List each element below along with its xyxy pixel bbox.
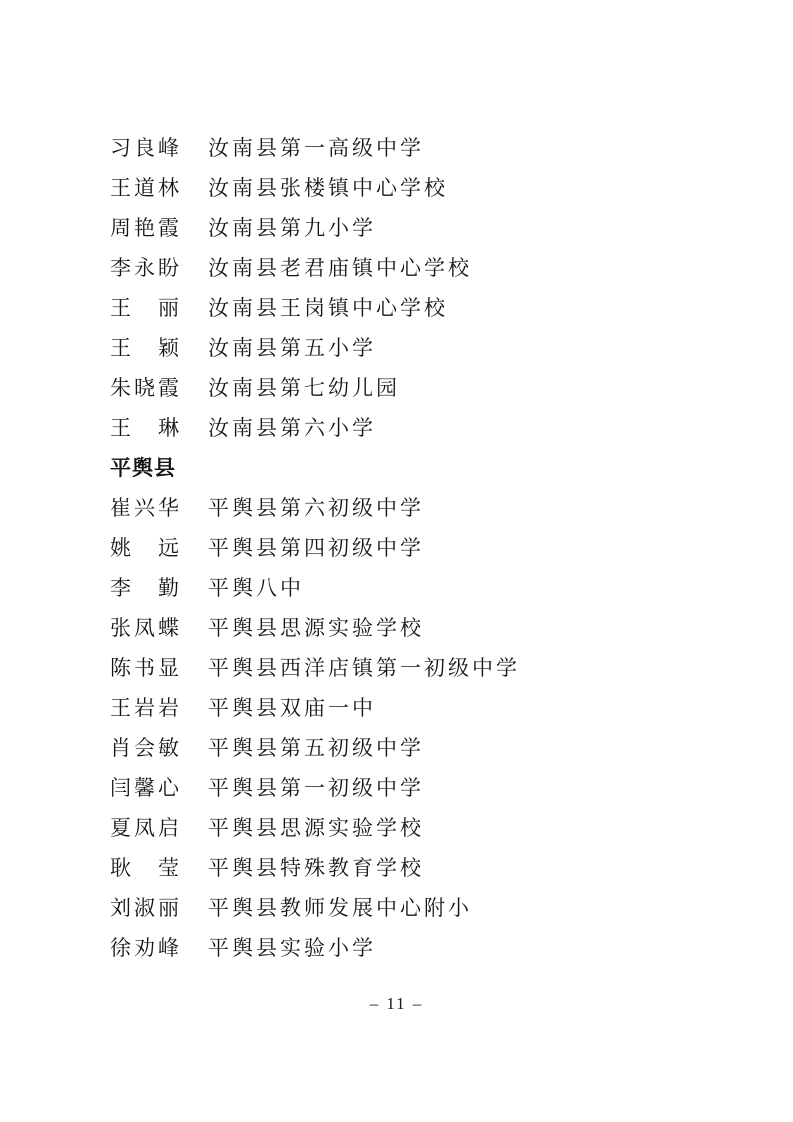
list-item: 王 琳汝南县第六小学 [110, 408, 753, 448]
list-item: 习良峰汝南县第一高级中学 [110, 128, 753, 168]
teacher-name: 刘淑丽 [110, 888, 208, 928]
list-item: 王岩岩平舆县双庙一中 [110, 688, 753, 728]
school-name: 平舆八中 [208, 568, 304, 608]
teacher-name: 王道林 [110, 168, 208, 208]
teacher-name: 陈书显 [110, 648, 208, 688]
school-name: 汝南县老君庙镇中心学校 [208, 248, 472, 288]
teacher-name: 徐劝峰 [110, 928, 208, 968]
list-item: 陈书显平舆县西洋店镇第一初级中学 [110, 648, 753, 688]
teacher-name: 夏凤启 [110, 808, 208, 848]
teacher-name: 朱晓霞 [110, 368, 208, 408]
teacher-name: 姚 远 [110, 528, 208, 568]
teacher-name: 周艳霞 [110, 208, 208, 248]
teacher-name: 李永盼 [110, 248, 208, 288]
teacher-name: 耿 莹 [110, 848, 208, 888]
teacher-name: 崔兴华 [110, 488, 208, 528]
list-item: 肖会敏平舆县第五初级中学 [110, 728, 753, 768]
list-item: 王道林汝南县张楼镇中心学校 [110, 168, 753, 208]
teacher-name: 闫馨心 [110, 768, 208, 808]
list-item: 刘淑丽平舆县教师发展中心附小 [110, 888, 753, 928]
list-item: 耿 莹平舆县特殊教育学校 [110, 848, 753, 888]
county-header: 平舆县 [110, 448, 753, 488]
teacher-name: 张凤蝶 [110, 608, 208, 648]
school-name: 汝南县第五小学 [208, 328, 376, 368]
school-name: 平舆县思源实验学校 [208, 608, 424, 648]
teacher-name: 王 琳 [110, 408, 208, 448]
school-name: 平舆县教师发展中心附小 [208, 888, 472, 928]
list-item: 闫馨心平舆县第一初级中学 [110, 768, 753, 808]
school-name: 汝南县第七幼儿园 [208, 368, 400, 408]
awards-list: 习良峰汝南县第一高级中学王道林汝南县张楼镇中心学校周艳霞汝南县第九小学李永盼汝南… [110, 128, 753, 968]
list-item: 王 丽汝南县王岗镇中心学校 [110, 288, 753, 328]
school-name: 汝南县张楼镇中心学校 [208, 168, 448, 208]
list-item: 姚 远平舆县第四初级中学 [110, 528, 753, 568]
page-number: – 11 – [0, 992, 793, 1016]
list-item: 周艳霞汝南县第九小学 [110, 208, 753, 248]
school-name: 汝南县第九小学 [208, 208, 376, 248]
teacher-name: 王 丽 [110, 288, 208, 328]
school-name: 平舆县双庙一中 [208, 688, 376, 728]
school-name: 平舆县第五初级中学 [208, 728, 424, 768]
teacher-name: 李 勤 [110, 568, 208, 608]
list-item: 徐劝峰平舆县实验小学 [110, 928, 753, 968]
list-item: 王 颖汝南县第五小学 [110, 328, 753, 368]
teacher-name: 王岩岩 [110, 688, 208, 728]
school-name: 汝南县第一高级中学 [208, 128, 424, 168]
school-name: 平舆县实验小学 [208, 928, 376, 968]
list-item: 张凤蝶平舆县思源实验学校 [110, 608, 753, 648]
list-item: 朱晓霞汝南县第七幼儿园 [110, 368, 753, 408]
school-name: 平舆县第六初级中学 [208, 488, 424, 528]
list-item: 李 勤平舆八中 [110, 568, 753, 608]
school-name: 汝南县第六小学 [208, 408, 376, 448]
teacher-name: 王 颖 [110, 328, 208, 368]
list-item: 崔兴华平舆县第六初级中学 [110, 488, 753, 528]
school-name: 平舆县第四初级中学 [208, 528, 424, 568]
school-name: 平舆县思源实验学校 [208, 808, 424, 848]
school-name: 平舆县第一初级中学 [208, 768, 424, 808]
school-name: 汝南县王岗镇中心学校 [208, 288, 448, 328]
document-page: 习良峰汝南县第一高级中学王道林汝南县张楼镇中心学校周艳霞汝南县第九小学李永盼汝南… [0, 0, 793, 1122]
list-item: 李永盼汝南县老君庙镇中心学校 [110, 248, 753, 288]
teacher-name: 肖会敏 [110, 728, 208, 768]
list-item: 夏凤启平舆县思源实验学校 [110, 808, 753, 848]
teacher-name: 习良峰 [110, 128, 208, 168]
school-name: 平舆县特殊教育学校 [208, 848, 424, 888]
school-name: 平舆县西洋店镇第一初级中学 [208, 648, 520, 688]
